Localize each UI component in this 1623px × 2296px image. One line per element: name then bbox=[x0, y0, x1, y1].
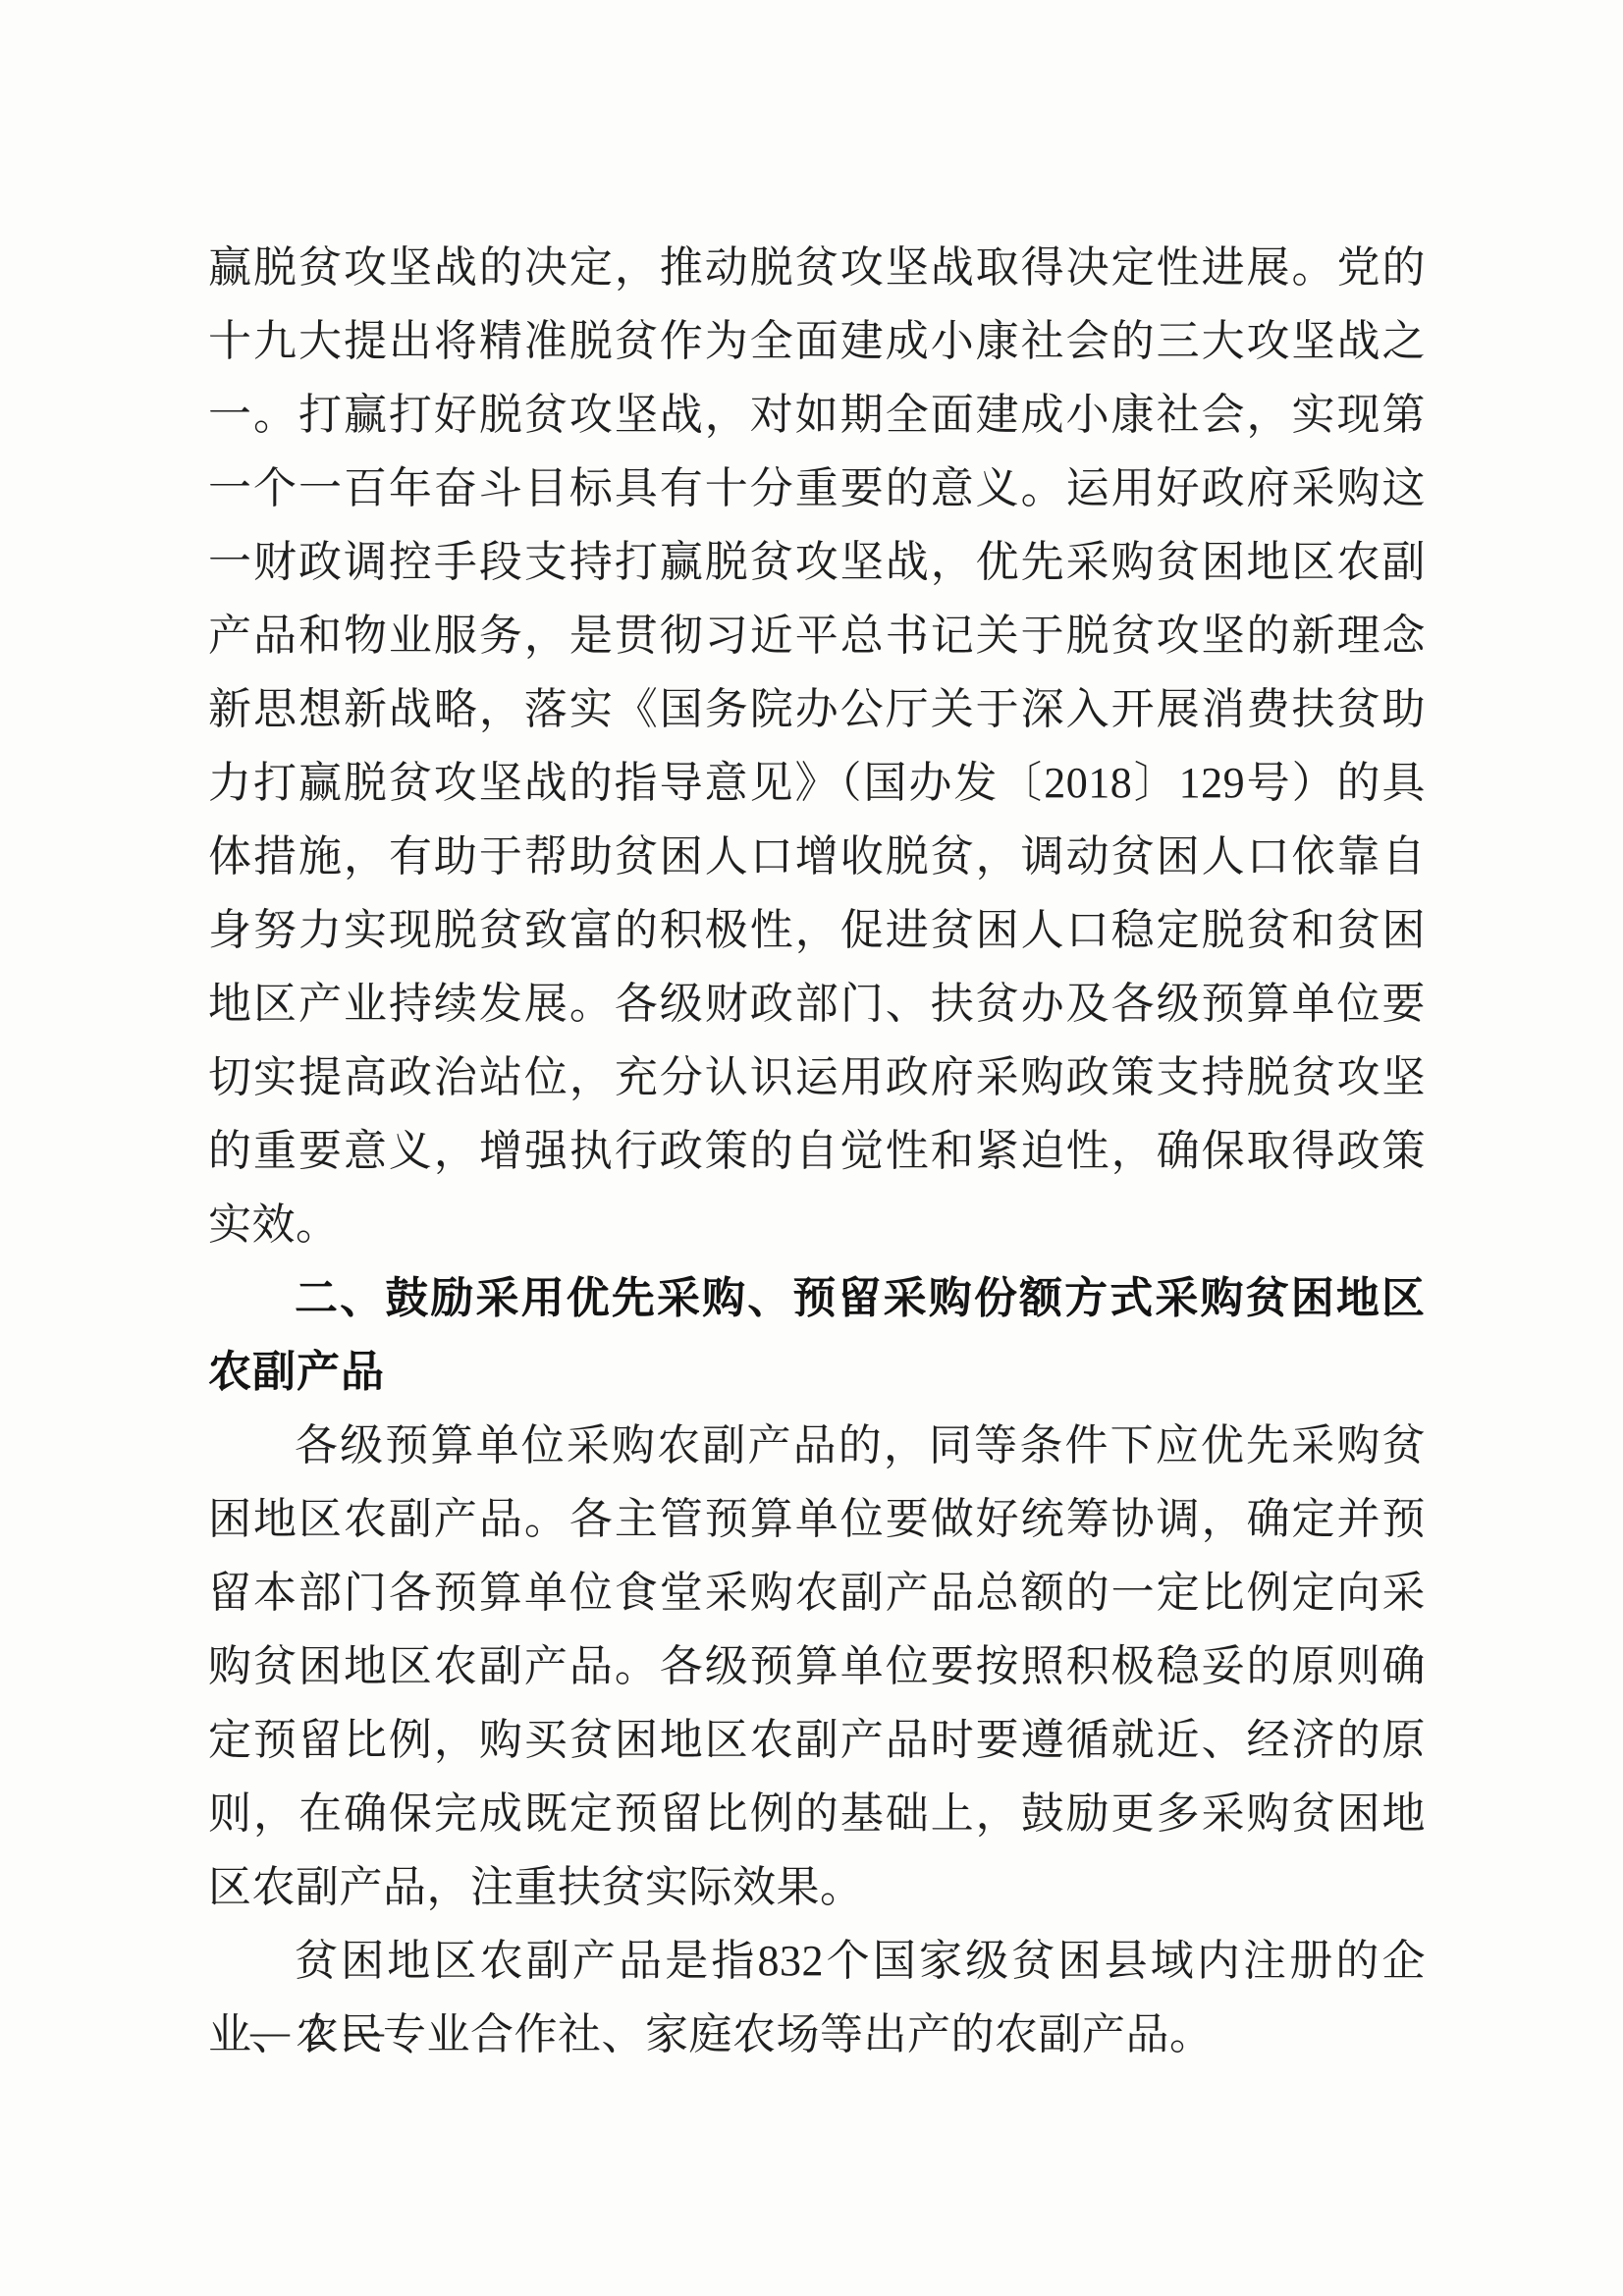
paragraph-continuation: 赢脱贫攻坚战的决定，推动脱贫攻坚战取得决定性进展。党的十九大提出将精准脱贫作为全… bbox=[208, 231, 1426, 1261]
section-heading: 二、鼓励采用优先采购、预留采购份额方式采购贫困地区农副产品 bbox=[208, 1261, 1426, 1409]
page-number: — 2 — bbox=[250, 2010, 388, 2054]
paragraph-priority-procurement: 各级预算单位采购农副产品的，同等条件下应优先采购贫困地区农副产品。各主管预算单位… bbox=[208, 1409, 1426, 1924]
scanned-document-page: 赢脱贫攻坚战的决定，推动脱贫攻坚战取得决定性进展。党的十九大提出将精准脱贫作为全… bbox=[0, 0, 1623, 2296]
paragraph-definition: 贫困地区农副产品是指832个国家级贫困县域内注册的企业、农民专业合作社、家庭农场… bbox=[208, 1924, 1426, 2071]
document-text-block: 赢脱贫攻坚战的决定，推动脱贫攻坚战取得决定性进展。党的十九大提出将精准脱贫作为全… bbox=[208, 231, 1426, 2071]
